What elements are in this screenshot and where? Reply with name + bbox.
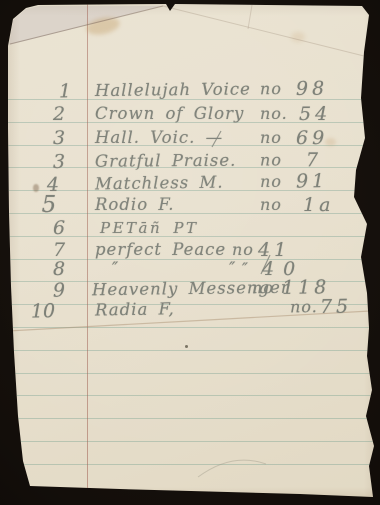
row-no-label: no — [260, 77, 282, 101]
row-no-label: no. — [260, 102, 288, 126]
row-title: Hallelujah Voice — [95, 77, 251, 103]
row-number: 1 — [52, 79, 78, 103]
row-number: 3 — [46, 126, 72, 150]
handwritten-rows: 1Hallelujah Voiceno982Crown of Gloryno.5… — [0, 0, 380, 505]
row-title: PETāñ PT — [100, 216, 199, 240]
row-number: 5 — [36, 193, 62, 217]
row-number: 10 — [30, 299, 56, 323]
row-no-label: no — [260, 170, 282, 194]
row-no-label: no — [260, 193, 282, 217]
row-title: Hall. Voic. — — [95, 126, 223, 150]
row-no-value: 69 — [296, 126, 328, 150]
row-number: 3 — [46, 150, 72, 174]
row-title: Crown of Glory — [95, 102, 244, 126]
row-no-label: no — [260, 126, 282, 150]
row-number: 8 — [46, 257, 72, 281]
row-no-value: 75 — [320, 294, 353, 319]
list-row: 1Hallelujah Voiceno98 — [0, 76, 380, 104]
row-no-value: 54 — [299, 102, 331, 126]
row-no-label: no. — [290, 295, 318, 319]
row-number: 2 — [46, 102, 72, 126]
list-row: 6PETāñ PT — [0, 216, 380, 240]
note-paper: 1Hallelujah Voiceno982Crown of Gloryno.5… — [0, 0, 380, 505]
row-no-value: 98 — [296, 77, 328, 101]
row-title: Radia F, — [95, 297, 175, 322]
list-row: 3Hall. Voic. —no69 — [0, 126, 380, 150]
row-no-value: 1a — [303, 193, 334, 217]
row-number: 6 — [46, 216, 72, 240]
scan-background: 1Hallelujah Voiceno982Crown of Gloryno.5… — [0, 0, 380, 505]
row-no-value: 91 — [296, 169, 329, 193]
row-title: Rodio F. — [95, 193, 175, 217]
list-row: 2Crown of Gloryno.54 — [0, 102, 380, 126]
list-row: 5Rodio F.no1a — [0, 193, 380, 217]
list-row: 10Radia F,no.75 — [0, 294, 380, 324]
